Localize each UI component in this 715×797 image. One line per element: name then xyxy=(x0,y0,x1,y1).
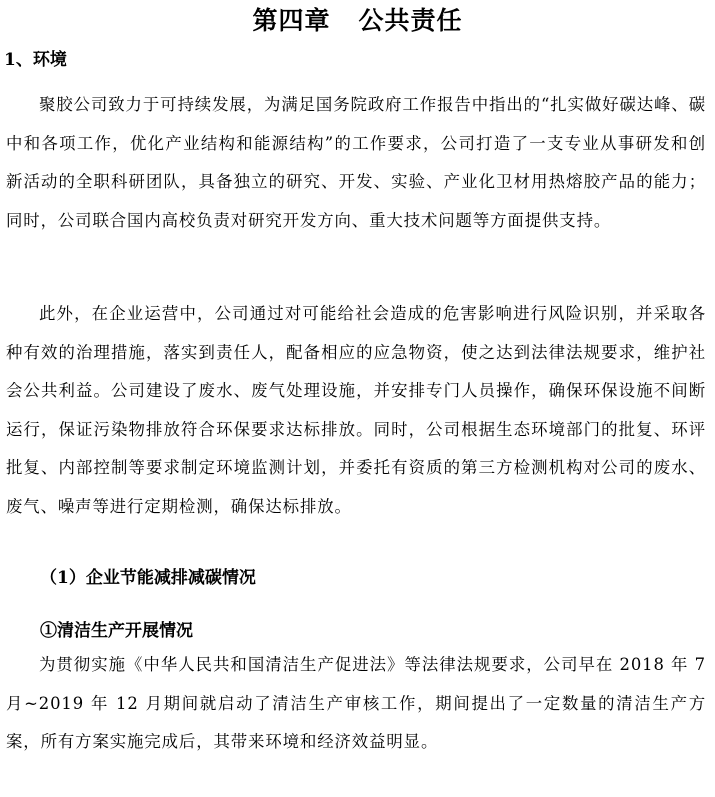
subheading-clean-production: ①清洁生产开展情况 xyxy=(40,616,193,646)
paragraph-risk-management: 此外，在企业运营中，公司通过对可能给社会造成的危害影响进行风险识别，并采取各种有… xyxy=(6,295,706,527)
paragraph-rnd: 聚胶公司致力于可持续发展，为满足国务院政府工作报告中指出的“扎实做好碳达峰、碳中… xyxy=(6,86,706,240)
document-page: 第四章公共责任 1、环境 聚胶公司致力于可持续发展，为满足国务院政府工作报告中指… xyxy=(0,0,715,797)
chapter-name: 公共责任 xyxy=(359,6,463,35)
chapter-number: 第四章 xyxy=(252,6,330,35)
chapter-title: 第四章公共责任 xyxy=(0,4,715,38)
subheading-energy-saving: （1）企业节能减排减碳情况 xyxy=(40,563,256,593)
paragraph-clean-production: 为贯彻实施《中华人民共和国清洁生产促进法》等法律法规要求，公司早在 2018 年… xyxy=(6,646,706,762)
section-heading: 1、环境 xyxy=(4,48,67,72)
